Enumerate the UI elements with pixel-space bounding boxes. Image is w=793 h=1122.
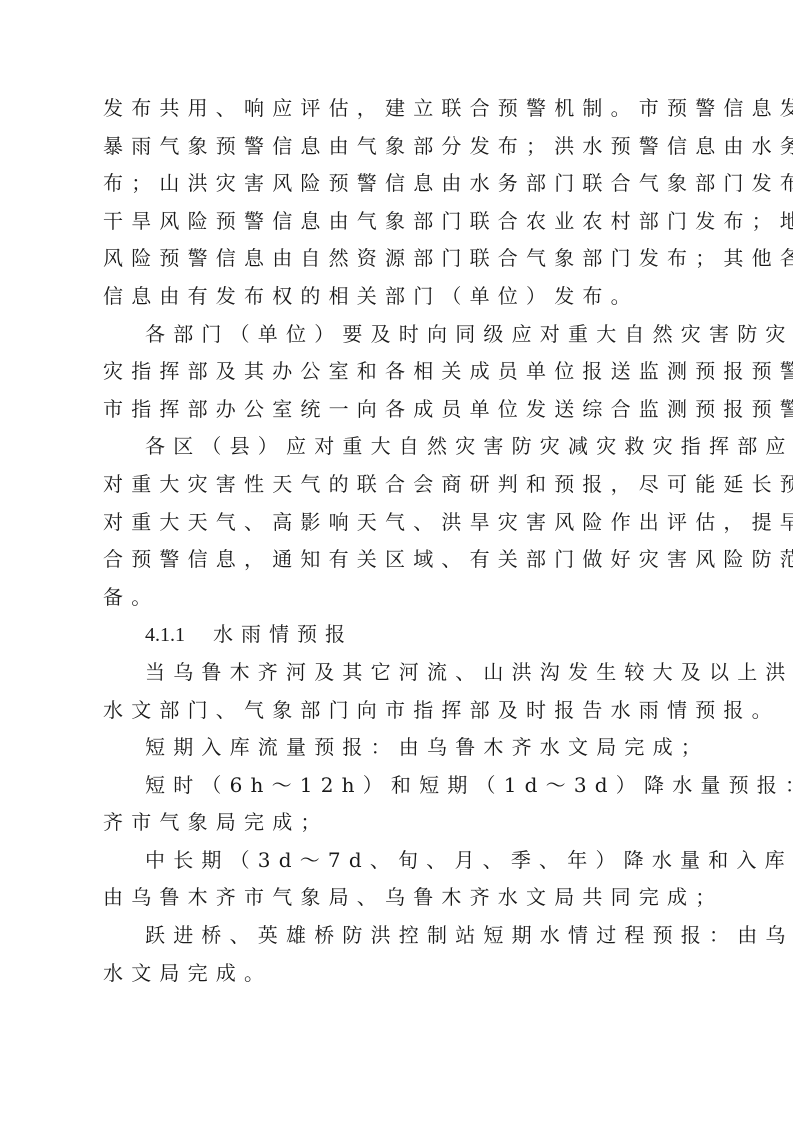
paragraph-short-term-precipitation: 短时（6h～12h）和短期（1d～3d）降水量预报：由乌鲁木 齐市气象局完成；	[103, 767, 699, 842]
paragraph-flood-reporting: 当乌鲁木齐河及其它河流、山洪沟发生较大及以上洪水时， 水文部门、气象部门向市指挥…	[103, 654, 699, 729]
paragraph-control-station-forecast: 跃进桥、英雄桥防洪控制站短期水情过程预报：由乌鲁木齐 水文局完成。	[103, 917, 699, 992]
section-heading: 4.1.1水雨情预报	[103, 616, 699, 654]
text-line: 风险预警信息由自然资源部门联合气象部门发布；其他各类预警	[103, 240, 699, 278]
text-line: 合预警信息，通知有关区域、有关部门做好灾害风险防范应对准	[103, 541, 699, 579]
text-line: 备。	[103, 579, 699, 617]
paragraph-department-reporting: 各部门（单位）要及时向同级应对重大自然灾害防灾减灾救 灾指挥部及其办公室和各相关…	[103, 316, 699, 429]
paragraph-inflow-forecast: 短期入库流量预报：由乌鲁木齐水文局完成；	[103, 729, 699, 767]
text-line: 短时（6h～12h）和短期（1d～3d）降水量预报：由乌鲁木	[103, 767, 699, 805]
paragraph-warning-authority: 发布共用、响应评估，建立联合预警机制。市预警信息发布权限： 暴雨气象预警信息由气…	[103, 90, 699, 316]
text-line: 布；山洪灾害风险预警信息由水务部门联合气象部门发布；气象	[103, 165, 699, 203]
text-line: 水文部门、气象部门向市指挥部及时报告水雨情预报。	[103, 692, 699, 730]
document-page: 发布共用、响应评估，建立联合预警机制。市预警信息发布权限： 暴雨气象预警信息由气…	[103, 90, 699, 992]
text-line: 暴雨气象预警信息由气象部分发布；洪水预警信息由水务部门发	[103, 128, 699, 166]
text-line: 由乌鲁木齐市气象局、乌鲁木齐水文局共同完成；	[103, 879, 699, 917]
text-line: 灾指挥部及其办公室和各相关成员单位报送监测预报预警信息，	[103, 353, 699, 391]
text-line: 当乌鲁木齐河及其它河流、山洪沟发生较大及以上洪水时，	[103, 654, 699, 692]
text-line: 跃进桥、英雄桥防洪控制站短期水情过程预报：由乌鲁木齐	[103, 917, 699, 955]
text-line: 各部门（单位）要及时向同级应对重大自然灾害防灾减灾救	[103, 316, 699, 354]
text-line: 水文局完成。	[103, 955, 699, 993]
paragraph-medium-long-term-forecast: 中长期（3d～7d、旬、月、季、年）降水量和入库流量预报： 由乌鲁木齐市气象局、…	[103, 842, 699, 917]
section-title: 水雨情预报	[213, 622, 353, 646]
text-line: 干旱风险预警信息由气象部门联合农业农村部门发布；地质灾害	[103, 203, 699, 241]
text-line: 对重大灾害性天气的联合会商研判和预报，尽可能延长预见期，	[103, 466, 699, 504]
text-line: 信息由有发布权的相关部门（单位）发布。	[103, 278, 699, 316]
text-line: 各区（县）应对重大自然灾害防灾减灾救灾指挥部应当组织	[103, 428, 699, 466]
text-line: 发布共用、响应评估，建立联合预警机制。市预警信息发布权限：	[103, 90, 699, 128]
text-line: 市指挥部办公室统一向各成员单位发送综合监测预报预警信息。	[103, 391, 699, 429]
section-number: 4.1.1	[145, 624, 185, 646]
paragraph-district-consultation: 各区（县）应对重大自然灾害防灾减灾救灾指挥部应当组织 对重大灾害性天气的联合会商…	[103, 428, 699, 616]
text-line: 齐市气象局完成；	[103, 804, 699, 842]
text-line: 短期入库流量预报：由乌鲁木齐水文局完成；	[103, 729, 699, 767]
text-line: 中长期（3d～7d、旬、月、季、年）降水量和入库流量预报：	[103, 842, 699, 880]
text-line: 对重大天气、高影响天气、洪旱灾害风险作出评估，提早发布综	[103, 504, 699, 542]
